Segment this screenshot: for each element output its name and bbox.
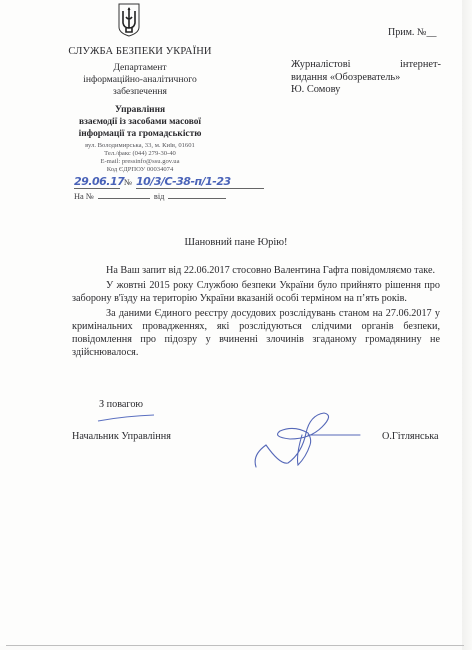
letter-body: На Ваш запит від 22.06.2017 стосовно Вал… — [72, 264, 440, 359]
address-block: вул. Володимирська, 33, м. Київ, 01601 Т… — [60, 142, 220, 174]
unit-line: взаємодії із засобами масової — [60, 116, 220, 128]
reference-from-label: від — [154, 192, 165, 201]
address-line: вул. Володимирська, 33, м. Київ, 01601 — [60, 142, 220, 150]
unit-line: інформації та громадськістю — [60, 128, 220, 140]
address-line: E-mail: pressinfo@ssu.gov.ua — [60, 158, 220, 166]
closing: З повагою — [99, 399, 143, 410]
recipient-line: Журналістові інтернет- — [291, 59, 441, 72]
signatory-title: Начальник Управління — [72, 431, 171, 442]
department-line: забезпечення — [60, 86, 220, 98]
paragraph: На Ваш запит від 22.06.2017 стосовно Вал… — [72, 264, 440, 277]
paragraph: У жовтні 2015 року Службою безпеки Украї… — [72, 279, 440, 305]
reference-line: На № від — [74, 186, 226, 204]
reference-date-blank — [168, 189, 226, 199]
recipient-line: видання «Обозреватель» — [291, 72, 441, 85]
department-line: Департамент — [60, 62, 220, 74]
department-line: інформаційно-аналітичного — [60, 74, 220, 86]
reference-prefix: На № — [74, 192, 94, 201]
note-mark: Прим. №__ — [388, 27, 436, 38]
paragraph: За даними Єдиного реєстру досудових розс… — [72, 307, 440, 359]
unit-block: Управління взаємодії із засобами масової… — [60, 104, 220, 140]
scan-bottom-edge — [6, 645, 464, 646]
recipient-block: Журналістові інтернет- видання «Обозрева… — [291, 59, 441, 97]
reference-number-blank — [98, 189, 150, 199]
organization-name: СЛУЖБА БЕЗПЕКИ УКРАЇНИ — [60, 46, 220, 57]
closing-underline-stroke — [96, 410, 156, 428]
recipient-line: Ю. Сомову — [291, 84, 441, 97]
department-block: Департамент інформаційно-аналітичного за… — [60, 62, 220, 98]
handwritten-signature — [250, 405, 370, 478]
greeting: Шановний пане Юрію! — [0, 237, 472, 248]
signatory-name: О.Гітлянська — [382, 431, 439, 442]
trident-emblem-icon — [118, 3, 140, 37]
unit-line: Управління — [60, 104, 220, 116]
scan-edge — [462, 0, 472, 650]
address-line: Тел./факс (044) 279-30-40 — [60, 150, 220, 158]
